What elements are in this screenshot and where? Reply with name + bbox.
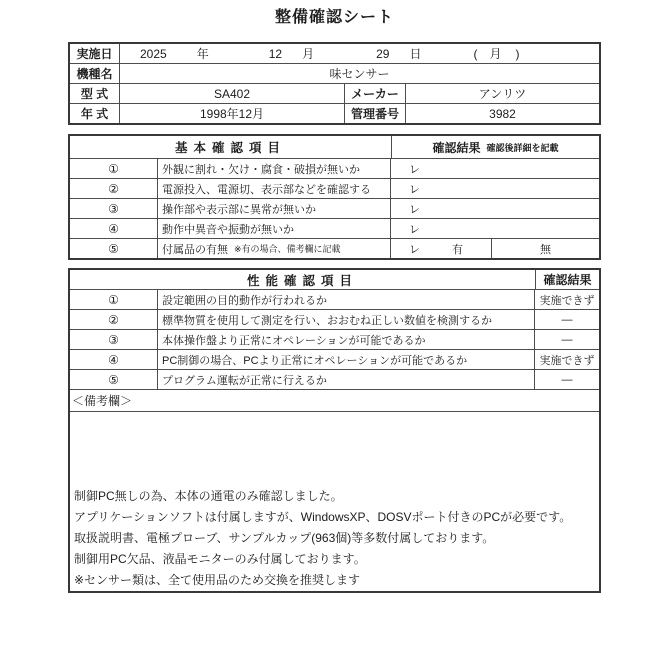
row-number: ⑤ (70, 239, 157, 258)
check-mark: レ (409, 241, 420, 257)
row-number: ③ (70, 199, 157, 218)
date-day-unit: 日 (409, 45, 421, 62)
check-mark: レ (390, 219, 599, 238)
date-paren-close: ) (515, 47, 519, 61)
basic-check-table: 基本確認項目 確認結果 確認後詳細を記載 ① 外観に割れ・欠け・腐食・破損が無い… (68, 134, 601, 260)
maintenance-check-sheet: 整備確認シート 実施日 2025 年 12 月 29 日 ( 月 ) 機種名 (0, 0, 650, 650)
remarks-line: アプリケーションソフトは付属しますが、WindowsXP、DOSVポート付きのP… (74, 507, 593, 528)
row-result: ― (534, 310, 599, 329)
remarks-line: 制御PC無しの為、本体の通電のみ確認しました。 (74, 486, 593, 507)
row-item: PC制御の場合、PCより正常にオペレーションが可能であるか (157, 350, 534, 369)
row-item: 標準物質を使用して測定を行い、おおむね正しい数値を検測するか (157, 310, 534, 329)
basic-row-3: ③ 操作部や表示部に異常が無いか レ (70, 198, 599, 218)
model-label: 機種名 (70, 64, 119, 83)
performance-check-table: 性能確認項目 確認結果 ① 設定範囲の目的動作が行われるか 実施できず ② 標準… (68, 268, 601, 593)
date-year-unit: 年 (197, 45, 209, 62)
type-value: SA402 (119, 84, 344, 103)
performance-row-3: ③ 本体操作盤より正常にオペレーションが可能であるか ― (70, 329, 599, 349)
performance-header-item: 性能確認項目 (70, 270, 535, 289)
row-item-note: ※有の場合、備考欄に記載 (234, 242, 341, 255)
row-item: 付属品の有無 ※有の場合、備考欄に記載 (157, 239, 390, 258)
row-item: 本体操作盤より正常にオペレーションが可能であるか (157, 330, 534, 349)
basic-header-item: 基本確認項目 (70, 136, 391, 158)
performance-header-result: 確認結果 (535, 270, 599, 289)
row-item-text: 付属品の有無 (162, 241, 228, 257)
year-row: 年 式 1998年12月 管理番号 3982 (70, 103, 599, 123)
maker-value: アンリツ (405, 84, 599, 103)
row-result: 実施できず (534, 290, 599, 309)
control-no-value: 3982 (405, 104, 599, 123)
date-day: 29 (376, 47, 389, 61)
maker-label: メーカー (344, 84, 405, 103)
accessories-no-cell: 無 (491, 239, 599, 258)
model-row: 機種名 味センサー (70, 63, 599, 83)
date-month-unit: 月 (302, 45, 314, 62)
model-value: 味センサー (119, 64, 599, 83)
control-no-label: 管理番号 (344, 104, 405, 123)
basic-header-row: 基本確認項目 確認結果 確認後詳細を記載 (70, 136, 599, 158)
row-number: ③ (70, 330, 157, 349)
date-month: 12 (269, 47, 282, 61)
basic-row-2: ② 電源投入、電源切、表示部などを確認する レ (70, 178, 599, 198)
remarks-box: 制御PC無しの為、本体の通電のみ確認しました。 アプリケーションソフトは付属しま… (70, 411, 599, 591)
row-number: ④ (70, 219, 157, 238)
check-mark: レ (390, 199, 599, 218)
row-item: 電源投入、電源切、表示部などを確認する (157, 179, 390, 198)
basic-row-5: ⑤ 付属品の有無 ※有の場合、備考欄に記載 レ 有 無 (70, 238, 599, 258)
basic-row-4: ④ 動作中異音や振動が無いか レ (70, 218, 599, 238)
performance-row-2: ② 標準物質を使用して測定を行い、おおむね正しい数値を検測するか ― (70, 309, 599, 329)
date-label: 実施日 (70, 44, 119, 63)
row-number: ① (70, 159, 157, 178)
performance-header-row: 性能確認項目 確認結果 (70, 270, 599, 289)
check-mark: レ (390, 179, 599, 198)
remarks-line: 制御用PC欠品、液晶モニターのみ付属しております。 (74, 549, 593, 570)
row-result: ― (534, 370, 599, 389)
basic-header-result: 確認結果 確認後詳細を記載 (391, 136, 599, 158)
basic-header-result-note: 確認後詳細を記載 (487, 141, 559, 154)
date-row: 実施日 2025 年 12 月 29 日 ( 月 ) (70, 44, 599, 63)
option-yes: 有 (452, 241, 463, 257)
remarks-line: ※センサー類は、全て使用品のため交換を推奨します (74, 570, 593, 591)
date-weekday: 月 (489, 45, 501, 62)
row-number: ① (70, 290, 157, 309)
row-item: 操作部や表示部に異常が無いか (157, 199, 390, 218)
date-paren-open: ( (473, 47, 477, 61)
remarks-header-row: ＜備考欄＞ (70, 389, 599, 411)
performance-row-1: ① 設定範囲の目的動作が行われるか 実施できず (70, 289, 599, 309)
performance-row-5: ⑤ プログラム運転が正常に行えるか ― (70, 369, 599, 389)
row-number: ② (70, 310, 157, 329)
row-item: 設定範囲の目的動作が行われるか (157, 290, 534, 309)
row-item: 動作中異音や振動が無いか (157, 219, 390, 238)
option-no: 無 (540, 241, 551, 257)
basic-row-1: ① 外観に割れ・欠け・腐食・破損が無いか レ (70, 158, 599, 178)
row-result: 実施できず (534, 350, 599, 369)
info-table: 実施日 2025 年 12 月 29 日 ( 月 ) 機種名 味センサー 型 式 (68, 42, 601, 125)
row-item: 外観に割れ・欠け・腐食・破損が無いか (157, 159, 390, 178)
row-result: ― (534, 330, 599, 349)
accessories-yes-cell: レ 有 (390, 239, 491, 258)
check-mark: レ (390, 159, 599, 178)
row-number: ④ (70, 350, 157, 369)
basic-header-result-label: 確認結果 (432, 139, 480, 156)
type-row: 型 式 SA402 メーカー アンリツ (70, 83, 599, 103)
remarks-header: ＜備考欄＞ (70, 390, 132, 411)
date-value-cell: 2025 年 12 月 29 日 ( 月 ) (119, 44, 599, 63)
performance-row-4: ④ PC制御の場合、PCより正常にオペレーションが可能であるか 実施できず (70, 349, 599, 369)
row-number: ⑤ (70, 370, 157, 389)
sheet-body: 整備確認シート 実施日 2025 年 12 月 29 日 ( 月 ) 機種名 (68, 0, 601, 650)
date-year: 2025 (140, 47, 167, 61)
remarks-line: 取扱説明書、電極プローブ、サンプルカップ(963個)等多数付属しております。 (74, 528, 593, 549)
row-number: ② (70, 179, 157, 198)
type-label: 型 式 (70, 84, 119, 103)
year-value: 1998年12月 (119, 104, 344, 123)
row-item: プログラム運転が正常に行えるか (157, 370, 534, 389)
year-label: 年 式 (70, 104, 119, 123)
page-title: 整備確認シート (68, 4, 601, 27)
